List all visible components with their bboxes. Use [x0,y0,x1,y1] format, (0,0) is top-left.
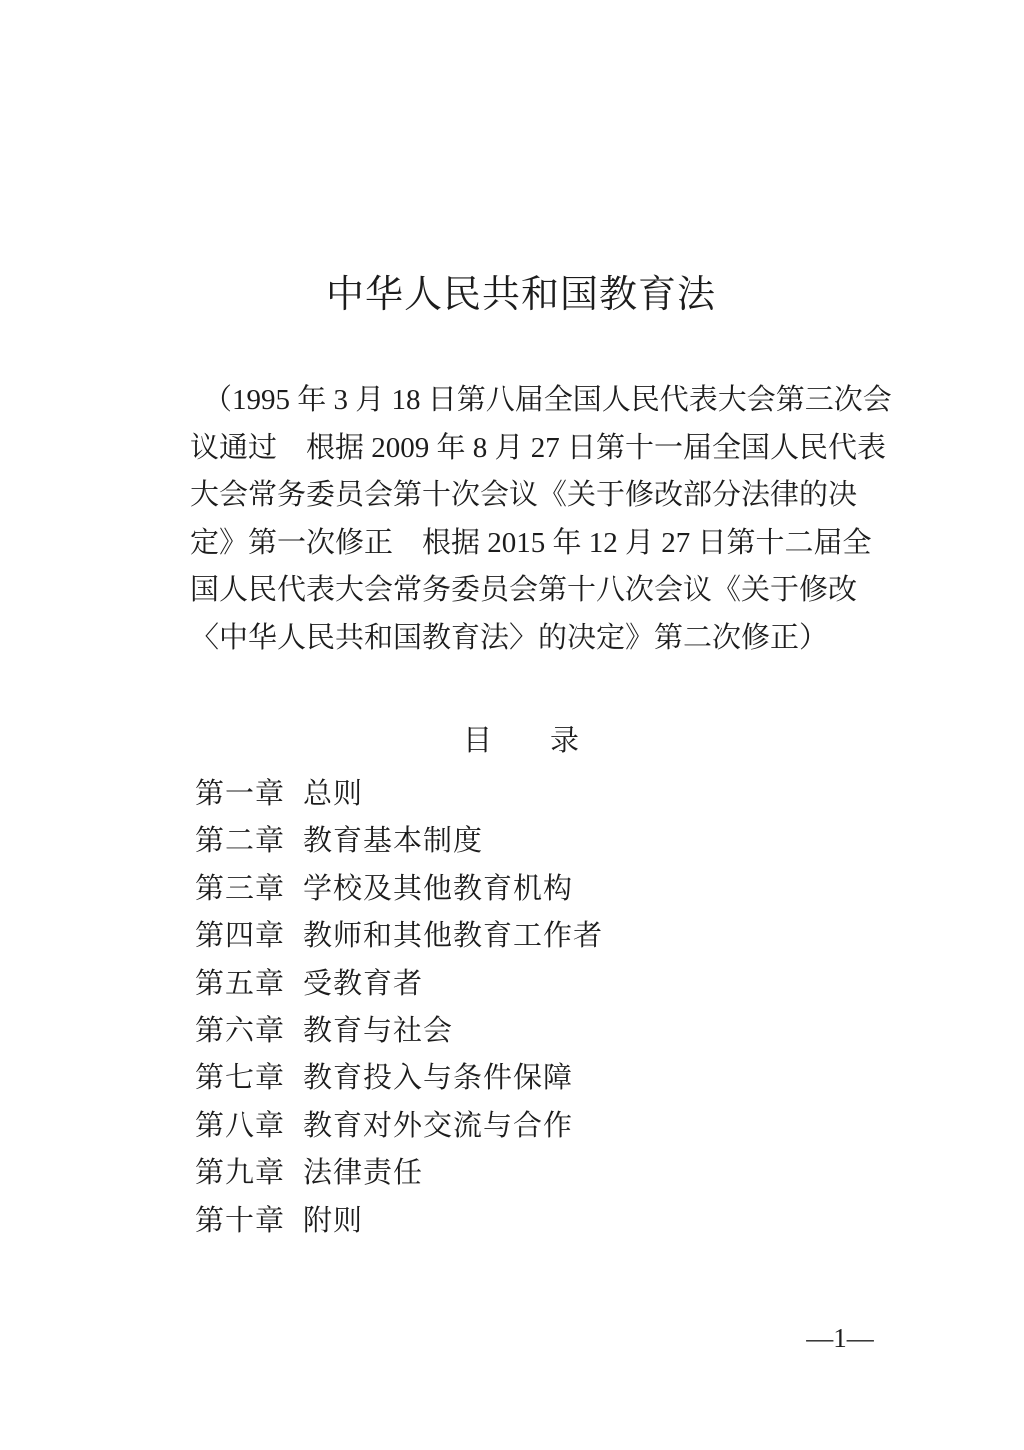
toc-item-title: 教育投入与条件保障 [303,1062,573,1094]
toc-item-title: 教育与社会 [303,1015,453,1047]
toc-chapter-label: 第三章 [195,873,285,905]
toc-item: 第四章教师和其他教育工作者 [195,913,603,960]
toc-heading: 目 录 [190,724,852,758]
toc-item: 第九章法律责任 [195,1150,603,1197]
toc-chapter-label: 第八章 [195,1110,285,1142]
toc-item: 第六章教育与社会 [195,1008,603,1055]
toc-chapter-label: 第九章 [195,1157,285,1189]
page-number: —1— [780,1322,900,1354]
toc-item-title: 教师和其他教育工作者 [303,920,603,952]
preamble-line: 〈中华人民共和国教育法〉的决定》第二次修正） [190,615,852,663]
toc-chapter-label: 第六章 [195,1015,285,1047]
toc-item: 第二章教育基本制度 [195,818,603,865]
toc-item-title: 教育对外交流与合作 [303,1110,573,1142]
toc-item: 第七章教育投入与条件保障 [195,1055,603,1102]
toc-item: 第一章总则 [195,771,603,818]
toc-item: 第三章学校及其他教育机构 [195,866,603,913]
toc-item: 第十章附则 [195,1198,603,1245]
toc-item-title: 总则 [303,778,363,810]
preamble-line: 定》第一次修正 根据 2015 年 12 月 27 日第十二届全 [190,520,852,568]
document-title: 中华人民共和国教育法 [190,272,852,318]
preamble-line: 议通过 根据 2009 年 8 月 27 日第十一届全国人民代表 [190,425,852,473]
toc-chapter-label: 第二章 [195,825,285,857]
toc-chapter-label: 第十章 [195,1205,285,1237]
toc-item-title: 附则 [303,1205,363,1237]
toc-chapter-label: 第七章 [195,1062,285,1094]
toc-chapter-label: 第一章 [195,778,285,810]
preamble-paragraph: （1995 年 3 月 18 日第八届全国人民代表大会第三次会 议通过 根据 2… [190,377,852,662]
toc-item-title: 受教育者 [303,968,423,1000]
toc-item-title: 学校及其他教育机构 [303,873,573,905]
preamble-line: （1995 年 3 月 18 日第八届全国人民代表大会第三次会 [190,377,852,425]
toc-list: 第一章总则 第二章教育基本制度 第三章学校及其他教育机构 第四章教师和其他教育工… [195,771,603,1245]
preamble-line: 国人民代表大会常务委员会第十八次会议《关于修改 [190,567,852,615]
document-page: 中华人民共和国教育法 （1995 年 3 月 18 日第八届全国人民代表大会第三… [0,0,1024,1450]
preamble-line: 大会常务委员会第十次会议《关于修改部分法律的决 [190,472,852,520]
toc-chapter-label: 第五章 [195,968,285,1000]
toc-item-title: 法律责任 [303,1157,423,1189]
toc-item: 第五章受教育者 [195,961,603,1008]
toc-chapter-label: 第四章 [195,920,285,952]
toc-item-title: 教育基本制度 [303,825,483,857]
toc-item: 第八章教育对外交流与合作 [195,1103,603,1150]
